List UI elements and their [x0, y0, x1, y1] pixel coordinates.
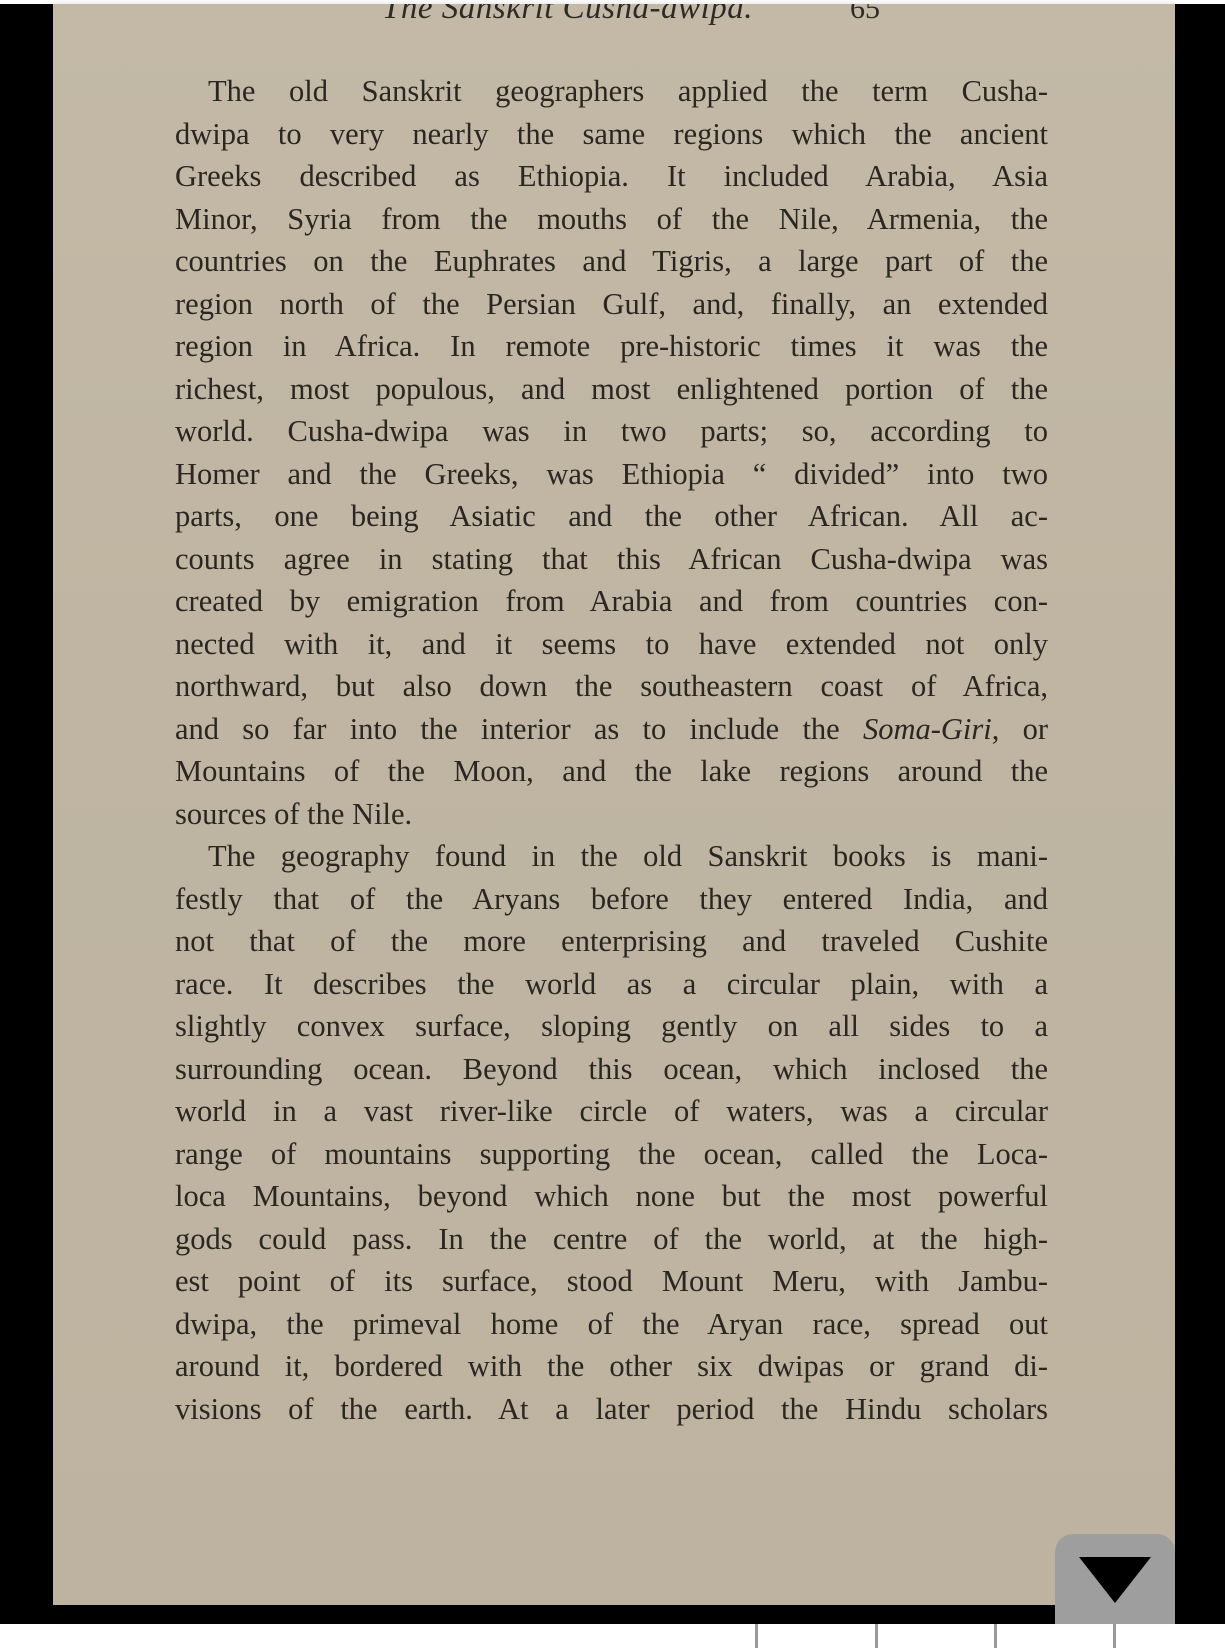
text-line: festly that of the Aryans before they en… — [175, 878, 1048, 921]
text-line: dwipa, the primeval home of the Aryan ra… — [175, 1303, 1048, 1346]
italic-term-soma-giri: Soma-Giri — [863, 712, 992, 746]
body-text: The old Sanskrit geographers applied the… — [175, 70, 1048, 1430]
text-line: sources of the Nile. — [175, 793, 1048, 836]
text-line: world. Cusha-dwipa was in two parts; so,… — [175, 410, 1048, 453]
text-line: not that of the more enterprising and tr… — [175, 920, 1048, 963]
divider-tick — [994, 1624, 997, 1648]
text-line: Minor, Syria from the mouths of the Nile… — [175, 198, 1048, 241]
text-line: dwipa to very nearly the same regions wh… — [175, 113, 1048, 156]
text-line: world in a vast river-like circle of wat… — [175, 1090, 1048, 1133]
text-line: loca Mountains, beyond which none but th… — [175, 1175, 1048, 1218]
text-line: region north of the Persian Gulf, and, f… — [175, 283, 1048, 326]
text-line: created by emigration from Arabia and fr… — [175, 580, 1048, 623]
text-line: nected with it, and it seems to have ext… — [175, 623, 1048, 666]
text-line: The geography found in the old Sanskrit … — [175, 835, 1048, 878]
text-line: visions of the earth. At a later period … — [175, 1388, 1048, 1431]
triangle-down-icon — [1079, 1557, 1151, 1603]
running-head: The Sanskrit Cusha-dwipa. — [382, 4, 753, 27]
text-line: gods could pass. In the centre of the wo… — [175, 1218, 1048, 1261]
text-fragment: , or — [992, 712, 1048, 746]
text-line: Homer and the Greeks, was Ethiopia “ div… — [175, 453, 1048, 496]
text-line: surrounding ocean. Beyond this ocean, wh… — [175, 1048, 1048, 1091]
scroll-down-button[interactable] — [1055, 1534, 1175, 1624]
text-line: northward, but also down the southeaster… — [175, 665, 1048, 708]
text-line: The old Sanskrit geographers applied the… — [175, 70, 1048, 113]
text-line: around it, bordered with the other six d… — [175, 1345, 1048, 1388]
text-line: region in Africa. In remote pre-historic… — [175, 325, 1048, 368]
text-line: Greeks described as Ethiopia. It include… — [175, 155, 1048, 198]
text-line: counts agree in stating that this Africa… — [175, 538, 1048, 581]
text-line: Mountains of the Moon, and the lake regi… — [175, 750, 1048, 793]
text-line: race. It describes the world as a circul… — [175, 963, 1048, 1006]
text-line: countries on the Euphrates and Tigris, a… — [175, 240, 1048, 283]
scanned-book-page: The Sanskrit Cusha-dwipa. 65 The old San… — [53, 4, 1175, 1605]
divider-tick — [875, 1624, 878, 1648]
text-line: range of mountains supporting the ocean,… — [175, 1133, 1048, 1176]
text-line: richest, most populous, and most enlight… — [175, 368, 1048, 411]
text-line-soma-giri: and so far into the interior as to inclu… — [175, 708, 1048, 751]
text-line: est point of its surface, stood Mount Me… — [175, 1260, 1048, 1303]
text-fragment: and so far into the interior as to inclu… — [175, 712, 863, 746]
text-line: slightly convex surface, sloping gently … — [175, 1005, 1048, 1048]
divider-tick — [1113, 1624, 1116, 1648]
divider-tick — [755, 1624, 758, 1648]
page-number: 65 — [850, 4, 880, 26]
text-line: parts, one being Asiatic and the other A… — [175, 495, 1048, 538]
